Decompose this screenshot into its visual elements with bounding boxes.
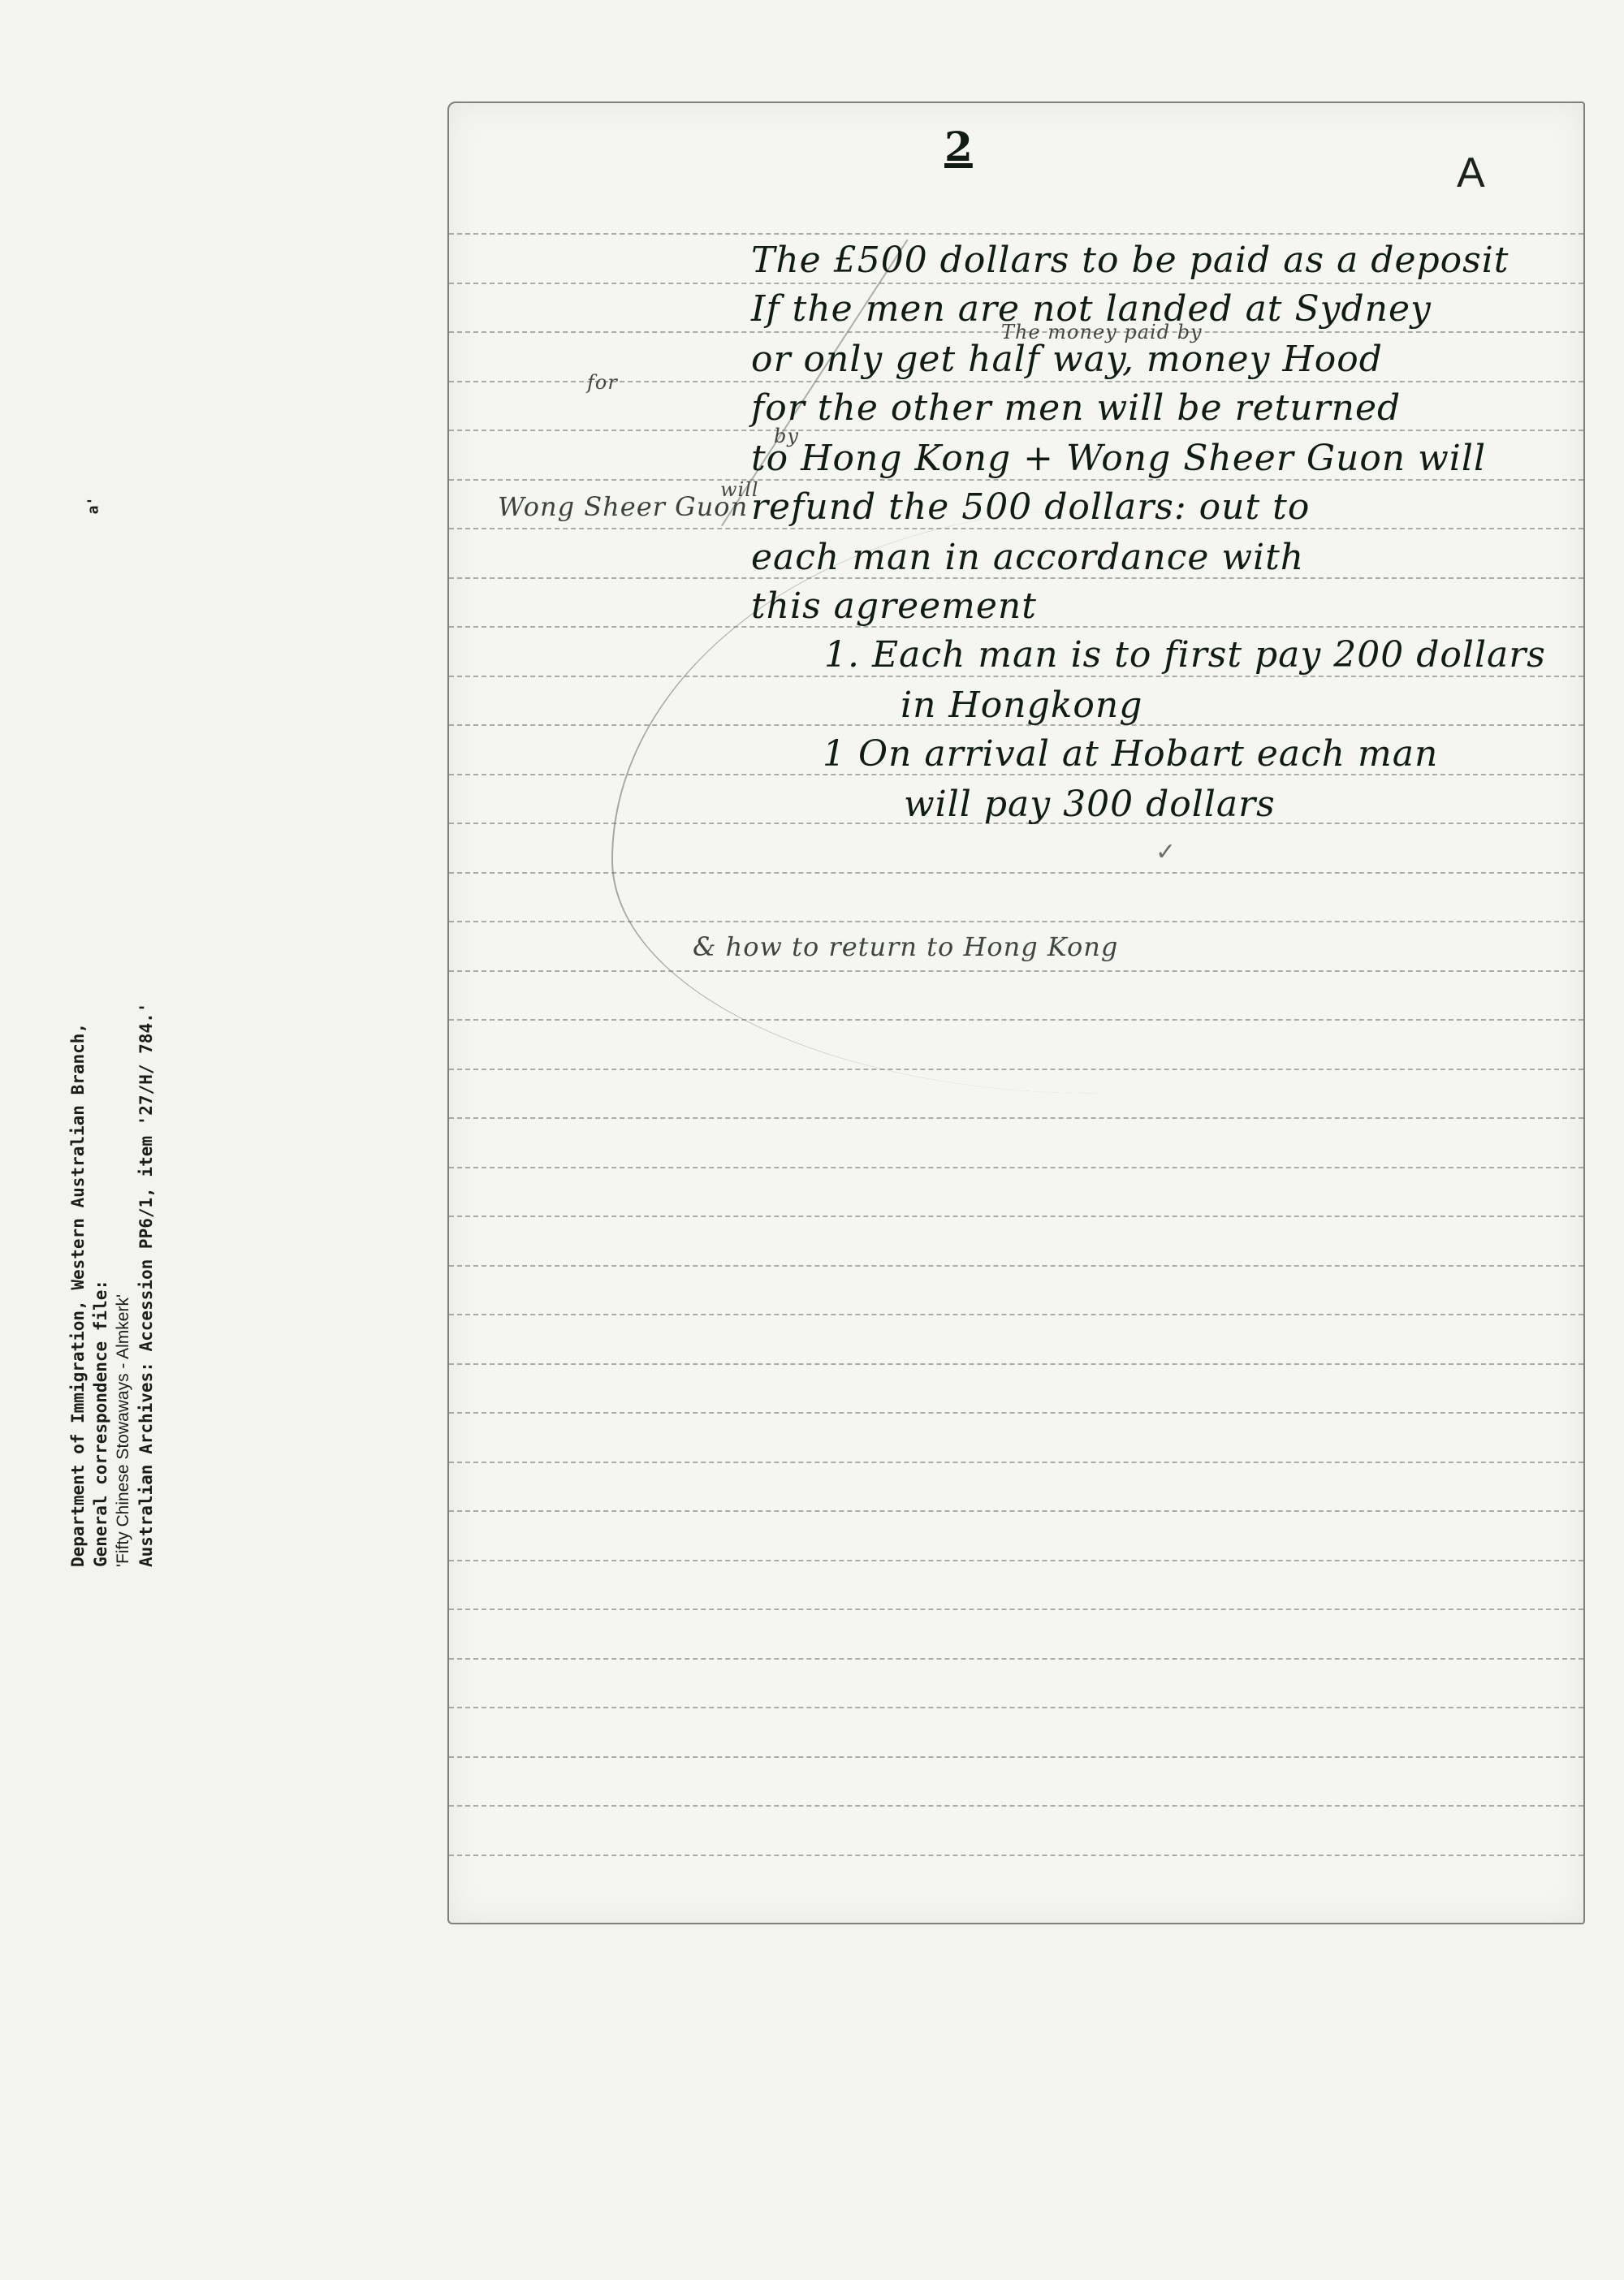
handwritten-line: to Hong Kong + Wong Sheer Guon will: [751, 438, 1486, 479]
ruled-line: [449, 1707, 1583, 1708]
handwritten-line: 1. Each man is to first pay 200 dollars: [824, 634, 1546, 676]
ruled-line: [449, 1167, 1583, 1168]
handwritten-line: will pay 300 dollars: [904, 784, 1276, 825]
handwritten-line: each man in accordance with: [751, 537, 1304, 578]
ruled-page: 2 A ✓ The money paid by for by The £500 …: [447, 101, 1585, 1924]
ruled-line: [449, 1314, 1583, 1315]
ruled-line: [449, 1756, 1583, 1758]
ruled-line: [449, 430, 1583, 431]
pencil-note: & how to return to Hong Kong: [693, 931, 1118, 962]
handwritten-line: for the other men will be returned: [751, 387, 1401, 429]
handwritten-line: this agreement: [751, 585, 1037, 627]
page-letter: A: [1457, 149, 1485, 197]
ruled-line: [449, 1117, 1583, 1119]
interlinear-for: for: [587, 371, 618, 394]
ruled-line: [449, 1658, 1583, 1660]
handwritten-line: in Hongkong: [901, 684, 1142, 726]
ruled-line: [449, 1855, 1583, 1856]
ruled-line: [449, 233, 1583, 235]
ruled-line: [449, 1462, 1583, 1463]
page-number: 2: [944, 123, 973, 171]
ruled-line: [449, 1216, 1583, 1217]
caption-file-title: 'Fifty Chinese Stowaways - Almkerk': [112, 512, 135, 1567]
ruled-line: [449, 1560, 1583, 1561]
archival-caption: Department of Immigration, Western Austr…: [67, 512, 158, 1567]
check-mark-icon: ✓: [1155, 838, 1176, 866]
caption-file-type: General correspondence file:: [89, 512, 112, 1567]
ruled-line: [449, 1412, 1583, 1414]
handwritten-line: The £500 dollars to be paid as a deposit: [751, 240, 1510, 281]
ruled-line: [449, 1609, 1583, 1610]
ruled-line: [449, 1363, 1583, 1365]
handwritten-line: If the men are not landed at Sydney: [751, 288, 1432, 330]
ruled-line: [449, 283, 1583, 284]
caption-department: Department of Immigration, Western Austr…: [67, 512, 89, 1567]
ruled-line: [449, 381, 1583, 382]
ruled-line: [449, 1510, 1583, 1512]
caption-accession: Australian Archives: Accession PP6/1, it…: [135, 512, 158, 1567]
margin-note: Wong Sheer Guon: [498, 491, 748, 522]
handwritten-line: or only get half way, money Hood: [751, 339, 1383, 380]
handwritten-line: 1 On arrival at Hobart each man: [823, 733, 1438, 775]
handwritten-line: refund the 500 dollars: out to: [751, 486, 1310, 528]
ruled-line: [449, 1805, 1583, 1807]
ruled-line: [449, 1265, 1583, 1267]
